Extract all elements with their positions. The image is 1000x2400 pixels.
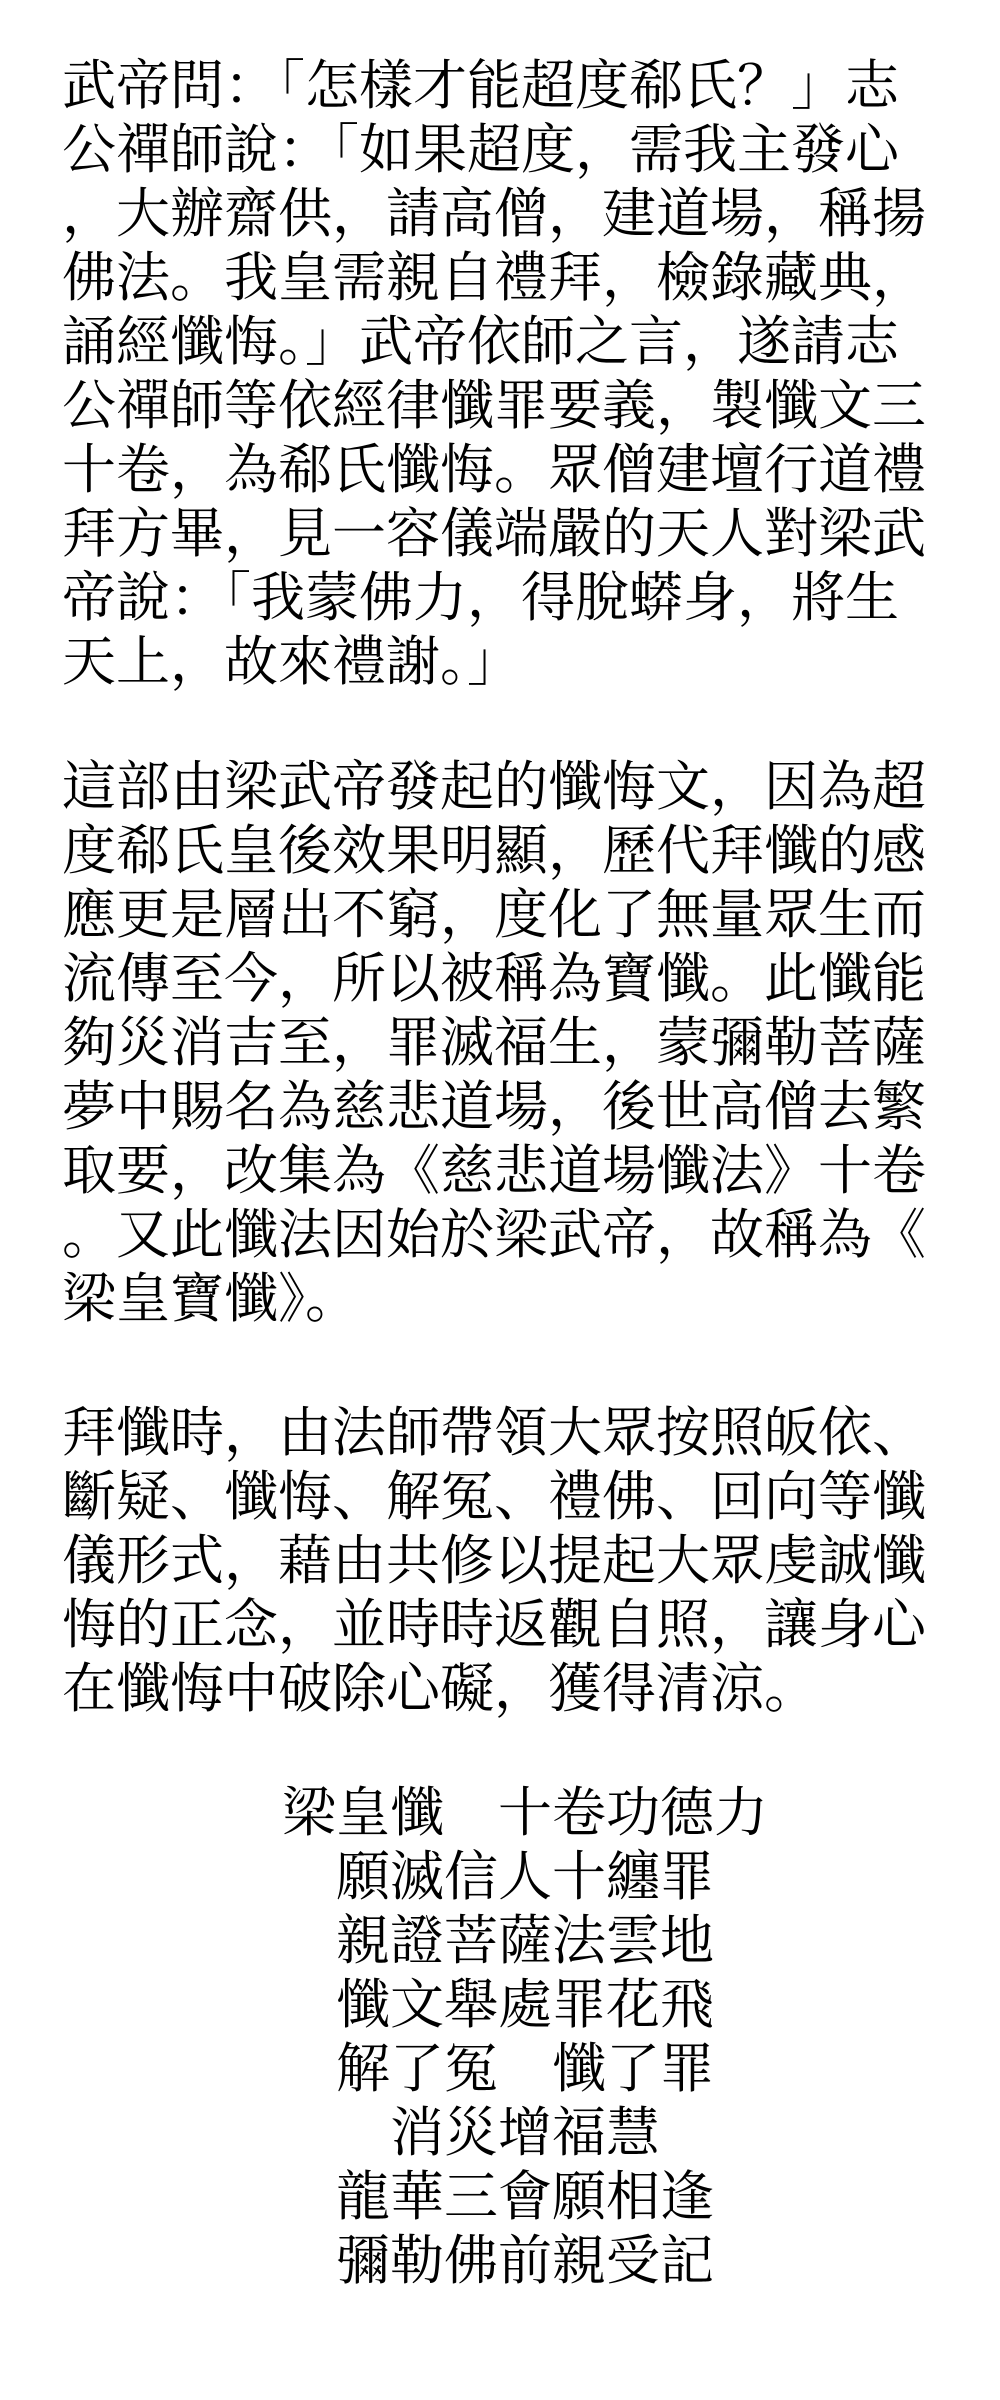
paragraph-baochan-origin: 這部由梁武帝發起的懺悔文，因為超 度郗氏皇後效果明顯，歷代拜懺的感 應更是層出不… bbox=[62, 755, 928, 1331]
verse-liang-huang-chan-praise: 梁皇懺 十卷功德力 願滅信人十纏罪 親證菩薩法雲地 懺文舉處罪花飛 解了冤 懺了… bbox=[62, 1781, 958, 2293]
document-page: 武帝問：「怎樣才能超度郗氏？」志 公禪師說：「如果超度，需我主發心 ，大辦齋供，… bbox=[0, 0, 1000, 2400]
paragraph-emperor-wu-dialogue: 武帝問：「怎樣才能超度郗氏？」志 公禪師說：「如果超度，需我主發心 ，大辦齋供，… bbox=[62, 54, 928, 694]
paragraph-repentance-practice: 拜懺時，由法師帶領大眾按照皈依、 斷疑、懺悔、解冤、禮佛、回向等懺 儀形式，藉由… bbox=[62, 1401, 928, 1721]
